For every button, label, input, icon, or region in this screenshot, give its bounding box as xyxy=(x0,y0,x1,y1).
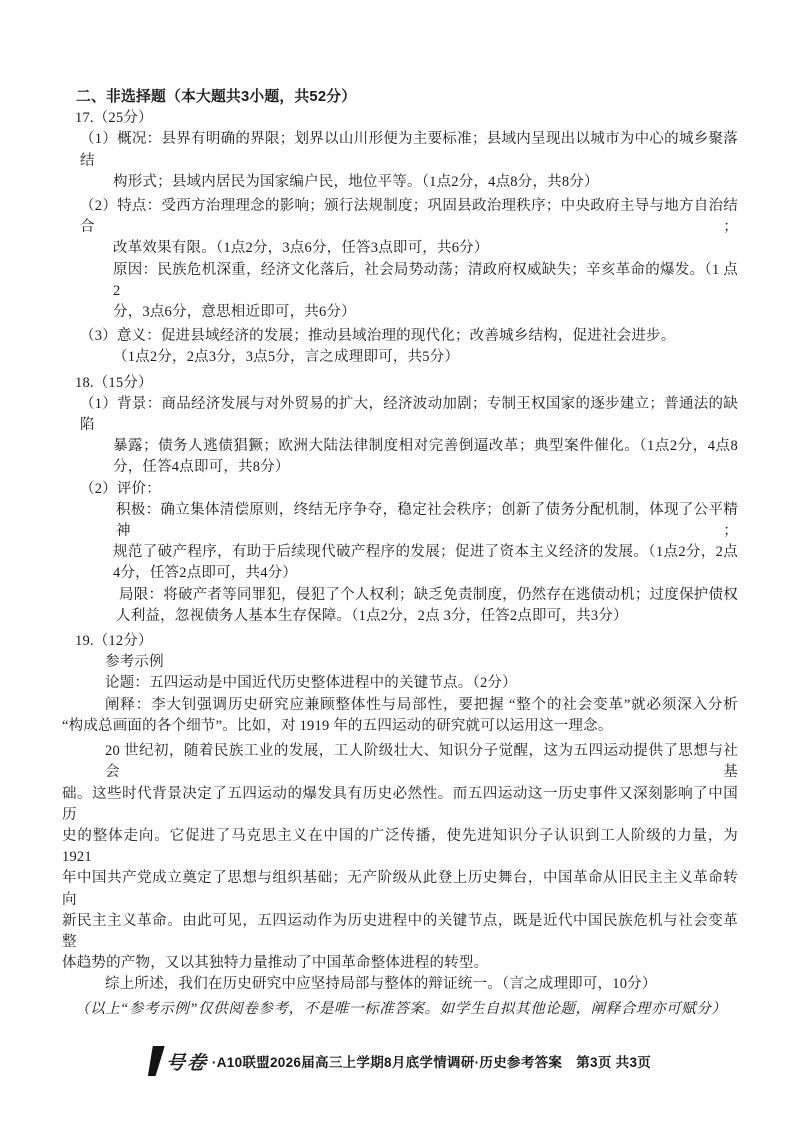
text-line: 综上所述，我们在历史研究中应坚持局部与整体的辩证统一。（言之成理即可，10分） xyxy=(105,974,738,995)
text-line: （3）意义：促进县域经济的发展；推动县域治理的现代化；改善城乡结构，促进社会进步… xyxy=(80,326,738,347)
text-line: 新民主主义革命。由此可见，五四运动作为历史进程中的关键节点，既是近代中国民族危机… xyxy=(62,911,738,953)
text-line: 18.（15分） xyxy=(75,373,738,394)
exam-brand-logo: 1 号卷 xyxy=(149,1046,208,1076)
text-line: 年中国共产党成立奠定了思想与组织基础；无产阶级从此登上历史舞台，中国革命从旧民主… xyxy=(62,868,738,910)
text-line: 人利益，忽视债务人基本生存保障。（1点2分，2点 3分，任答2点即可，共3分） xyxy=(116,606,738,627)
text-line: 17.（25分） xyxy=(75,108,738,129)
footer-exam-title: ·A10联盟2026届高三上学期8月底学情调研·历史参考答案 xyxy=(212,1051,562,1071)
text-line: 局限：将破产者等同罪犯，侵犯了个人权利；缺乏免责制度，仍然存在逃债动机；过度保护… xyxy=(119,585,738,606)
text-line: （1）背景：商品经济发展与对外贸易的扩大，经济波动加剧；专制王权国家的逐步建立；… xyxy=(80,394,738,436)
text-line: 体趋势的产物，又以其独特力量推动了中国革命整体进程的转型。 xyxy=(62,953,738,974)
text-line: 原因：民族危机深重，经济文化落后，社会局势动荡；清政府权威缺失；辛亥革命的爆发。… xyxy=(113,260,738,302)
text-line: （2）特点：受西方治理理念的影响；颁行法规制度；巩固县政治理秩序；中央政府主导与… xyxy=(80,196,738,238)
logo-script-text: 号卷 xyxy=(164,1048,209,1075)
text-line: 改革效果有限。（1点2分，3点6分，任答3点即可，共6分） xyxy=(113,238,738,259)
text-line: 参考示例 xyxy=(105,652,738,673)
text-line: 暴露；债务人逃债猖獗；欧洲大陆法律制度相对完善倒逼改革；典型案件催化。（1点2分… xyxy=(113,436,738,457)
text-line: 积极：确立集体清偿原则，终结无序争夺，稳定社会秩序；创新了债务分配机制，体现了公… xyxy=(116,500,738,542)
text-line: 二、非选择题（本大题共3小题，共52分） xyxy=(76,87,738,108)
text-line: “构成总画面的各个细节”。比如，对 1919 年的五四运动的研究就可以运用这一理… xyxy=(62,716,738,737)
text-line: 础。这些时代背景决定了五四运动的爆发具有历史必然性。而五四运动这一历史事件又深刻… xyxy=(62,784,738,826)
footer-page-number: 第3页 共3页 xyxy=(576,1051,651,1071)
text-line: 规范了破产程序，有助于后续现代破产程序的发展；促进了资本主义经济的发展。（1点2… xyxy=(113,542,738,563)
text-line: 阐释：李大钊强调历史研究应兼顾整体性与局部性，要把握 “整个的社会变革”就必须深… xyxy=(105,695,738,716)
text-line: 论题：五四运动是中国近代历史整体进程中的关键节点。（2分） xyxy=(105,673,738,694)
text-line: 构形式；县域内居民为国家编户民，地位平等。（1点2分，4点8分，共8分） xyxy=(113,172,738,193)
logo-numeral-icon: 1 xyxy=(145,1046,164,1076)
text-line: 20 世纪初，随着民族工业的发展，工人阶级壮大、知识分子觉醒，这为五四运动提供了… xyxy=(105,741,738,783)
text-line: 19.（12分） xyxy=(75,631,738,652)
text-line: （2）评价： xyxy=(80,479,738,500)
text-line: 分，3点6分，意思相近即可，共6分） xyxy=(113,302,738,323)
answer-content: 二、非选择题（本大题共3小题，共52分）17.（25分）（1）概况：县界有明确的… xyxy=(62,87,738,1020)
text-line: （1）概况：县界有明确的界限；划界以山川形便为主要标准；县域内呈现出以城市为中心… xyxy=(80,129,738,171)
text-line: （以上“参考示例”仅供阅卷参考，不是唯一标准答案。如学生自拟其他论题，阐释合理亦… xyxy=(75,999,738,1020)
text-line: 分，任答4点即可，共8分） xyxy=(113,457,738,478)
text-line: 史的整体走向。它促进了马克思主义在中国的广泛传播，使先进知识分子认识到工人阶级的… xyxy=(62,826,738,868)
page-footer: 1 号卷 ·A10联盟2026届高三上学期8月底学情调研·历史参考答案 第3页 … xyxy=(0,1046,800,1076)
text-line: 4分，任答2点即可，共4分） xyxy=(113,563,738,584)
text-line: （1点2分，2点3分，3点5分，言之成理即可，共5分） xyxy=(113,347,738,368)
answer-sheet-page: 二、非选择题（本大题共3小题，共52分）17.（25分）（1）概况：县界有明确的… xyxy=(0,0,800,1131)
